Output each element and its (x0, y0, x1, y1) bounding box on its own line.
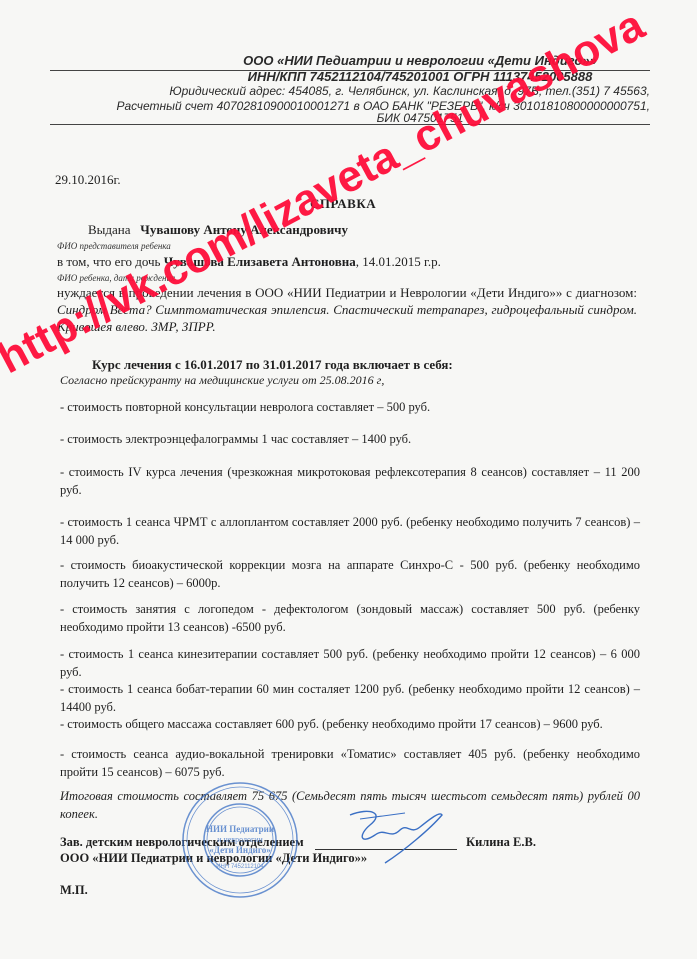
svg-text:НИИ Педиатрии: НИИ Педиатрии (206, 824, 274, 834)
letterhead-inn: ИНН/КПП 7452112104/745201001 ОГРН 111374… (150, 69, 690, 84)
caption-child: ФИО ребенка, дата рождения (57, 273, 175, 283)
document-page: ООО «НИИ Педиатрии и неврологии «Дети Ин… (0, 0, 697, 959)
letterhead-divider-bottom (50, 124, 650, 125)
letterhead-org: ООО «НИИ Педиатрии и неврологии «Дети Ин… (150, 53, 690, 68)
issued-label: Выдана (88, 222, 131, 237)
handwritten-signature-icon (330, 805, 450, 865)
cost-item: - стоимость сеанса аудио-вокальной трени… (60, 745, 640, 781)
cost-item: - стоимость 1 сеанса ЧРМТ с аллоплантом … (60, 513, 640, 549)
child-line: в том, что его дочь Чувашова Елизавета А… (57, 254, 441, 270)
child-dob: , 14.01.2015 г.р. (356, 254, 441, 269)
letterhead-bik: БИК 047501751 (150, 111, 690, 125)
caption-representative: ФИО представителя ребенка (57, 241, 171, 251)
representative-name: Чувашову Антону Александровичу (140, 222, 348, 237)
cost-item: - стоимость занятия с логопедом - дефект… (60, 600, 640, 636)
child-name: Чувашова Елизавета Антоновна (164, 254, 356, 269)
issued-line: Выдана Чувашову Антону Александровичу (88, 222, 348, 238)
letterhead-address: Юридический адрес: 454085, г. Челябинск,… (30, 84, 650, 98)
cost-item: - стоимость 1 сеанса бобат-терапии 60 ми… (60, 680, 640, 716)
cost-item: - стоимость повторной консультации невро… (60, 398, 640, 416)
signer-name: Килина Е.В. (466, 835, 536, 850)
pricelist-note: Согласно прейскуранту на медицинские усл… (60, 373, 384, 388)
svg-text:и неврологии: и неврологии (217, 835, 263, 844)
stamp-seal-icon: НИИ Педиатрии и неврологии «Дети Индиго»… (180, 780, 300, 900)
cost-item: - стоимость электроэнцефалограммы 1 час … (60, 430, 640, 448)
child-prefix: в том, что его дочь (57, 254, 160, 269)
cost-item: - стоимость общего массажа составляет 60… (60, 715, 640, 733)
diagnosis-text: Синдром Веста? Симптоматическая эпилепси… (57, 302, 637, 334)
treatment-need-paragraph: нуждается в проведении лечения в ООО «НИ… (57, 284, 637, 335)
document-title: СПРАВКА (310, 196, 376, 212)
cost-item: - стоимость 1 сеанса кинезитерапии соста… (60, 645, 640, 681)
course-heading: Курс лечения с 16.01.2017 по 31.01.2017 … (92, 357, 453, 373)
cost-item: - стоимость биоакустической коррекции мо… (60, 556, 640, 592)
cost-item: - стоимость IV курса лечения (чрезкожная… (60, 463, 640, 499)
seal-label: М.П. (60, 883, 88, 898)
need-text: нуждается в проведении лечения в ООО «НИ… (57, 285, 637, 300)
svg-text:ИНН 7452112104: ИНН 7452112104 (216, 864, 264, 870)
document-date: 29.10.2016г. (55, 172, 121, 188)
svg-text:«Дети Индиго»: «Дети Индиго» (209, 845, 271, 855)
